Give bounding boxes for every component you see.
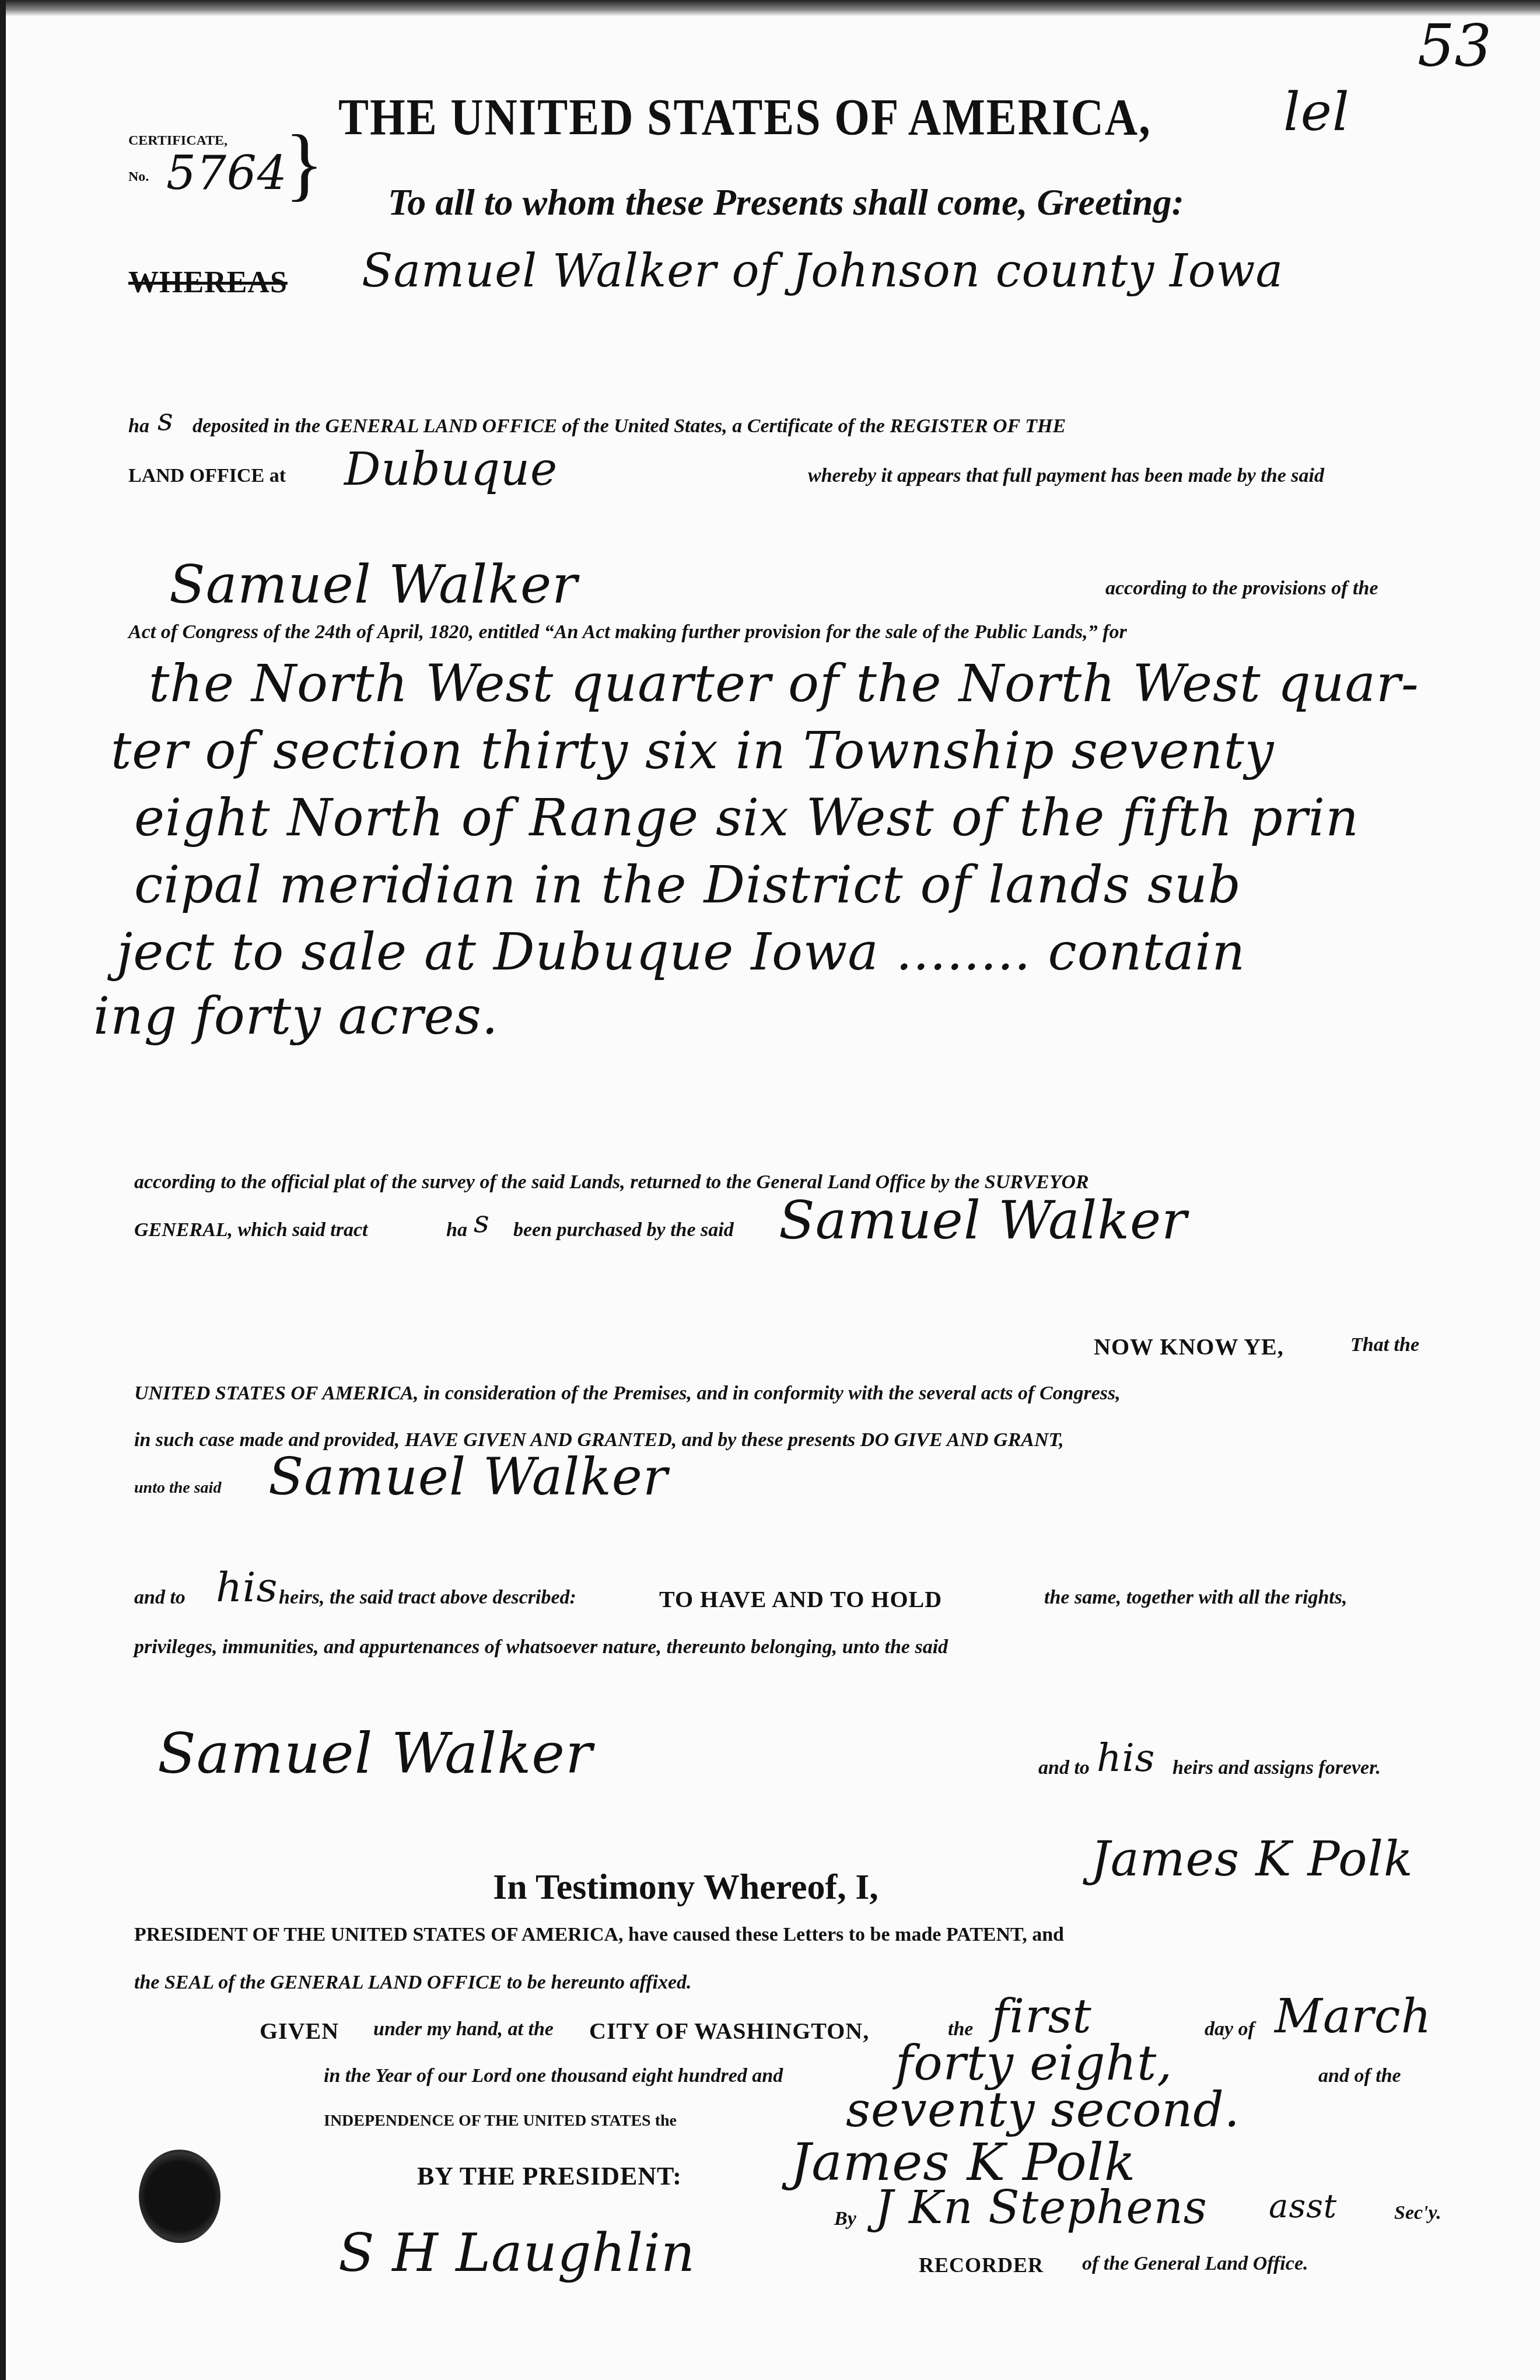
by-the-president: BY THE PRESIDENT: (417, 2161, 682, 2191)
survey-line2-suffix: been purchased by the said (513, 1219, 734, 1241)
city-label: CITY OF WASHINGTON, (589, 2017, 869, 2045)
survey-has-suffix: s (474, 1205, 490, 1240)
deposit-line2-right: whereby it appears that full payment has… (808, 465, 1324, 487)
act-line: Act of Congress of the 24th of April, 18… (128, 621, 1127, 643)
grant-grantee: Samuel Walker (268, 1447, 668, 1507)
habendum-and-to-2: and to (1038, 1757, 1090, 1779)
recorder-signature: S H Laughlin (338, 2222, 695, 2284)
whereas-grantee: Samuel Walker of Johnson county Iowa (362, 245, 1283, 297)
independence-handwritten: seventy second. (846, 2082, 1240, 2138)
purchaser-name: Samuel Walker (779, 1190, 1187, 1251)
document-title: THE UNITED STATES OF AMERICA, (338, 86, 1151, 147)
certificate-brace: } (285, 117, 324, 211)
testimony-line1: PRESIDENT OF THE UNITED STATES OF AMERIC… (134, 1924, 1064, 1946)
general-land-office-seal (139, 2150, 220, 2243)
now-know-ye: NOW KNOW YE, (1094, 1333, 1284, 1360)
margin-mark: lel (1283, 82, 1350, 143)
day-of-label: day of (1205, 2018, 1255, 2041)
survey-has: ha (446, 1219, 467, 1241)
year-line: in the Year of our Lord one thousand eig… (324, 2065, 783, 2087)
and-of-the-label: and of the (1318, 2065, 1401, 2087)
habendum-line1-rest: heirs, the said tract above described: (279, 1587, 576, 1609)
description-line-4: cipal meridian in the District of lands … (134, 855, 1241, 915)
secretary-suffix: Sec'y. (1394, 2202, 1441, 2224)
secretary-signature: J Kn Stephens (875, 2182, 1207, 2234)
description-line-1: the North West quarter of the North West… (149, 653, 1419, 713)
habendum-line2: privileges, immunities, and appurtenance… (134, 1636, 948, 1658)
scan-left-edge (0, 0, 6, 2380)
recorder-rest: of the General Land Office. (1082, 2253, 1308, 2275)
land-office-name: Dubuque (344, 443, 558, 496)
now-know-ye-tail: That the (1350, 1334, 1419, 1356)
land-office-label: LAND OFFICE at (128, 465, 286, 487)
deposit-line3-right: according to the provisions of the (1105, 577, 1378, 600)
habendum-and-to: and to (134, 1587, 185, 1609)
description-line-2: ter of section thirty six in Township se… (111, 720, 1275, 780)
given-label: GIVEN (260, 2017, 339, 2045)
payer-name: Samuel Walker (169, 554, 577, 615)
recorder-label: RECORDER (919, 2253, 1044, 2277)
land-patent-page: 53 THE UNITED STATES OF AMERICA, lel CER… (0, 0, 1540, 2380)
habendum-pronoun-2: his (1097, 1735, 1156, 1780)
habendum-pronoun: his (216, 1563, 278, 1611)
deposit-line1: deposited in the GENERAL LAND OFFICE of … (192, 415, 1423, 437)
whereas-label: WHEREAS (128, 265, 288, 300)
habendum-line1-tail: the same, together with all the rights, (1044, 1587, 1347, 1609)
to-have-and-to-hold: TO HAVE AND TO HOLD (659, 1585, 942, 1613)
page-number: 53 (1417, 12, 1492, 80)
testimony-line2: the SEAL of the GENERAL LAND OFFICE to b… (134, 1972, 692, 1994)
deposit-has: ha (128, 415, 149, 437)
by-label: By (834, 2208, 856, 2230)
description-line-6: ing forty acres. (93, 986, 499, 1046)
certificate-no-label: No. (128, 169, 149, 185)
testimony-heading: In Testimony Whereof, I, (493, 1867, 878, 1908)
independence-line: INDEPENDENCE OF THE UNITED STATES the (324, 2112, 677, 2130)
description-line-5: ject to sale at Dubuque Iowa ........ co… (117, 922, 1245, 982)
given-rest: under my hand, at the (373, 2018, 554, 2041)
grant-line1: UNITED STATES OF AMERICA, in considerati… (134, 1382, 1121, 1405)
description-line-3: eight North of Range six West of the fif… (134, 787, 1359, 848)
secretary-title: asst (1269, 2187, 1337, 2225)
testimony-president: James K Polk (1091, 1832, 1413, 1887)
habendum-grantee: Samuel Walker (157, 1721, 593, 1786)
habendum-forever: heirs and assigns forever. (1172, 1757, 1381, 1779)
deposit-has-suffix: s (157, 402, 174, 437)
scan-top-edge (0, 0, 1540, 16)
month-handwritten: March (1275, 1989, 1431, 2043)
greeting: To all to whom these Presents shall come… (388, 181, 1184, 224)
certificate-number: 5764 (166, 146, 288, 200)
survey-line2-prefix: GENERAL, which said tract (134, 1219, 368, 1241)
unto-label: unto the said (134, 1479, 221, 1497)
